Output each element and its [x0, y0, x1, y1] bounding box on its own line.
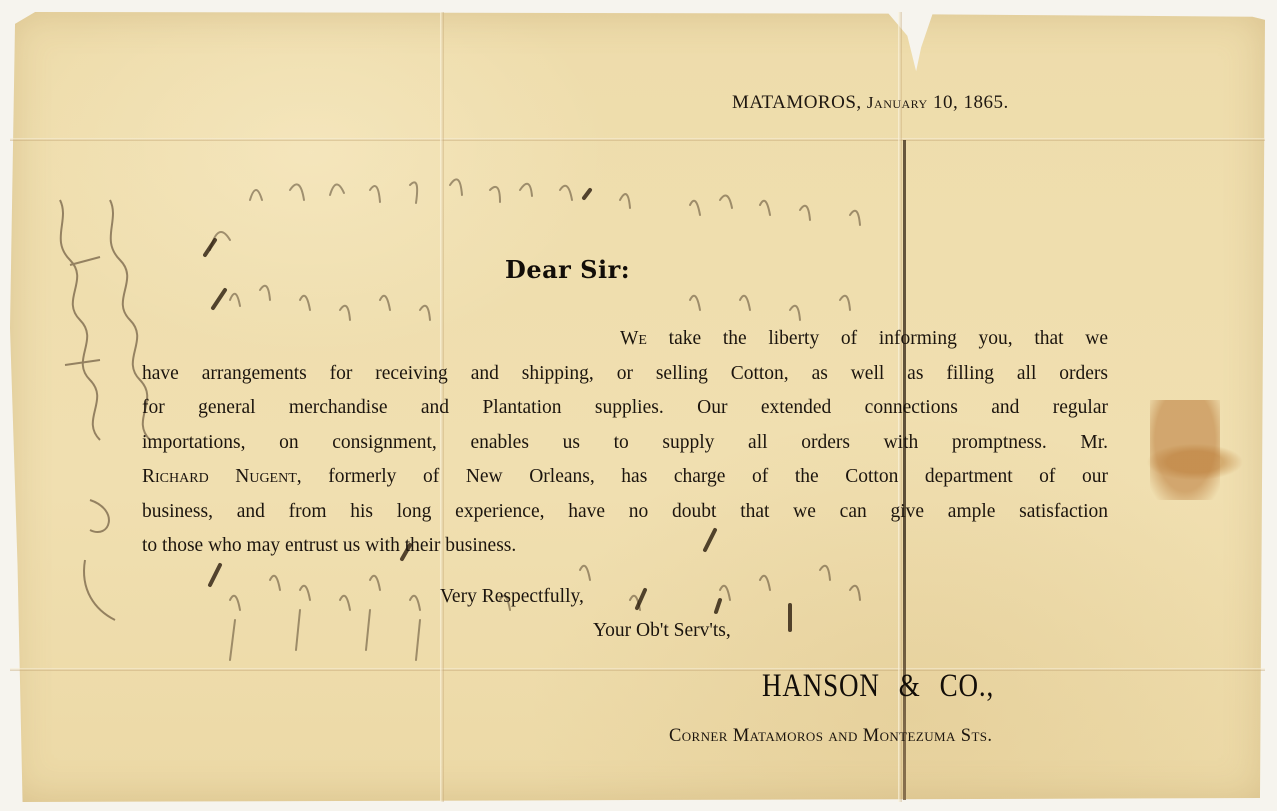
dateline: MATAMOROS, January 10, 1865. [732, 92, 1009, 114]
horizontal-fold-crease [10, 668, 1265, 671]
body-line-2: have arrangements for receiving and ship… [142, 357, 1108, 392]
firm-name: HANSON & CO., [762, 668, 994, 705]
water-stain [1150, 400, 1220, 500]
dateline-place: MATAMOROS, [732, 92, 862, 113]
closing: Very Respectfully, [440, 586, 584, 608]
agent-name: Richard Nugent [142, 466, 297, 487]
body-line-1: We take the liberty of informing you, th… [142, 322, 1108, 357]
body-line-6: business, and from his long experience, … [142, 495, 1108, 530]
body-line-5: Richard Nugent, formerly of New Orleans,… [142, 460, 1108, 495]
body-line-5-text: , formerly of New Orleans, has charge of… [297, 466, 1108, 487]
horizontal-fold-crease [10, 138, 1265, 141]
letter-body: We take the liberty of informing you, th… [142, 322, 1108, 564]
body-line-1-text: take the liberty of informing you, that … [647, 328, 1108, 349]
dateline-month: January [867, 93, 928, 112]
body-initial-word: We [620, 328, 647, 349]
salutation: Dear Sir: [505, 255, 630, 284]
dateline-day-year: 10, 1865. [933, 92, 1009, 113]
body-line-7: to those who may entrust us with their b… [142, 529, 1108, 564]
body-line-4: importations, on consignment, enables us… [142, 426, 1108, 461]
servants-signoff: Your Ob't Serv'ts, [593, 620, 731, 642]
body-line-3: for general merchandise and Plantation s… [142, 391, 1108, 426]
firm-address: Corner Matamoros and Montezuma Sts. [669, 726, 992, 747]
